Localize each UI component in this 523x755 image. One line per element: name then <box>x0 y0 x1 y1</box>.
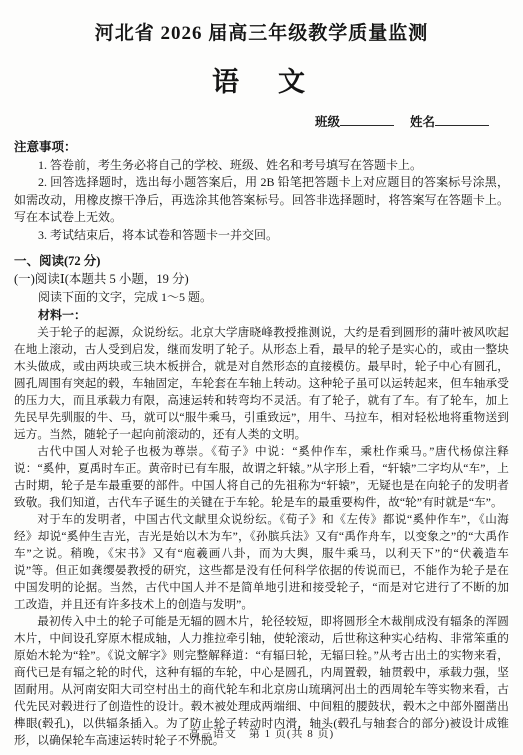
name-blank-line <box>435 114 489 126</box>
part-one-heading: 一、阅读(72 分) <box>14 252 509 270</box>
material-one-label: 材料一： <box>14 306 509 324</box>
class-label: 班级 <box>315 115 340 129</box>
notice-item-1: 1. 答卷前，考生务必将自己的学校、班级、姓名和考号填写在答题卡上。 <box>14 157 509 175</box>
reading-instruction: 阅读下面的文字，完成 1～5 题。 <box>14 288 509 306</box>
material-one-passage: 关于轮子的起源，众说纷纭。北京大学唐晓峰教授推测说，大约是看到圆形的蒲叶被风吹起… <box>14 324 509 749</box>
notice-item-2: 2. 回答选择题时，选出每小题答案后，用 2B 铅笔把答题卡上对应题目的答案标号… <box>14 174 509 227</box>
passage-paragraph-1: 关于轮子的起源，众说纷纭。北京大学唐晓峰教授推测说，大约是看到圆形的蒲叶被风吹起… <box>14 324 509 443</box>
exam-paper-page: 河北省 2026 届高三年级教学质量监测 语 文 班级姓名 注意事项： 1. 答… <box>0 0 523 755</box>
class-blank-line <box>340 114 394 126</box>
page-footer: 高三语文 第 1 页(共 8 页) <box>0 725 523 741</box>
subject-title: 语 文 <box>14 60 509 99</box>
student-info-row: 班级姓名 <box>14 112 509 130</box>
notices-heading: 注意事项： <box>14 139 509 157</box>
reading-one-subheading: (一)阅读Ⅰ(本题共 5 小题，19 分) <box>14 270 509 288</box>
exam-title: 河北省 2026 届高三年级教学质量监测 <box>14 18 509 45</box>
notice-item-3: 3. 考试结束后，将本试卷和答题卡一并交回。 <box>14 227 509 245</box>
exam-notices: 注意事项： 1. 答卷前，考生务必将自己的学校、班级、姓名和考号填写在答题卡上。… <box>14 139 509 244</box>
passage-paragraph-3: 对于车的发明者，中国古代文献里众说纷纭。《荀子》和《左传》都说“奚仲作车”，《山… <box>14 511 509 613</box>
passage-paragraph-2: 古代中国人对轮子也极为尊崇。《荀子》中说：“奚仲作车，乘杜作乘马。”唐代杨倞注释… <box>14 443 509 511</box>
name-label: 姓名 <box>410 115 435 129</box>
reading-section: 一、阅读(72 分) (一)阅读Ⅰ(本题共 5 小题，19 分) 阅读下面的文字… <box>14 252 509 749</box>
